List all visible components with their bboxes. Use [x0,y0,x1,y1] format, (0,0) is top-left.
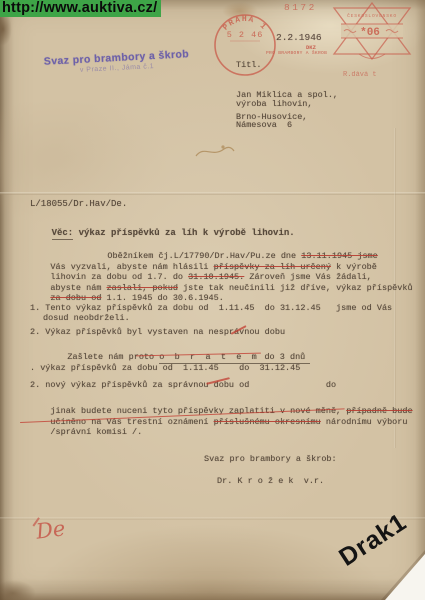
recipient-salutation: Titl. [236,60,262,70]
body-text: /správní komisi /. [50,427,142,437]
list-item-1-cont: dosud neobdrželi. [43,313,130,323]
meter-sender-code: DKZ [306,44,316,51]
body-text: národnímu výboru [321,417,408,427]
struck-text: za dobu od [50,293,101,303]
franking-typed-date: 2.2.1946 [276,33,322,43]
frank-country-label: ČESKOSLOVENSKO [347,12,397,19]
recipient-street: Námesova 6 [236,120,292,130]
signature-org: Svaz pro brambory a škrob: [204,454,337,464]
meter-sender-name: PRO BRAMBORY A ŠKROB [266,51,327,56]
struck-text: příslušnému okresnímu [214,417,321,427]
subject-label: Věc: [52,228,74,240]
recipient-business: výroba lihovin, [236,99,313,109]
scanned-letter-page: http://www.auktiva.cz/ 8172 PRAHA 1 5 2 … [0,0,425,600]
sub-item-1: . výkaz příspěvků za dobu od 1.11.45 do … [30,363,300,373]
list-item-1: 1. Tento výkaz příspěvků za dobu od 1.11… [30,303,392,313]
body-text: 1.1. 1945 do 30.6.1945. [101,293,223,303]
red-initials-handwriting: De [35,516,67,543]
ink-smudge [190,140,240,166]
stain [0,580,36,600]
request-pre: Zašlete nám proto [67,352,159,362]
fold-crease-top [0,192,425,195]
signatory-name: Dr. K r o ž e k v.r. [217,476,324,486]
postage-frank-stamp: ČESKOSLOVENSKO *06 [322,2,422,60]
auction-site-watermark: http://www.auktiva.cz/ [0,0,161,17]
postmark-date: 5 2 46 [227,30,264,40]
frank-value: *06 [360,27,380,39]
sub-item-2: 2. nový výkaz příspěvků za správnou dobu… [30,380,336,390]
page-corner-cut [385,554,425,600]
red-annotation: R.dává t [343,71,377,79]
list-item-2: 2. Výkaz příspěvků byl vystaven na nespr… [30,327,285,337]
subject-text: výkaz příspěvků za líh k výrobě lihovin. [73,228,294,238]
meter-serial-number: 8172 [284,2,317,13]
reference-number: L/18055/Dr.Hav/De. [30,199,127,209]
stain [0,12,12,46]
org-rubber-stamp: Svaz pro brambory a škrob v Praze II., J… [44,48,190,76]
